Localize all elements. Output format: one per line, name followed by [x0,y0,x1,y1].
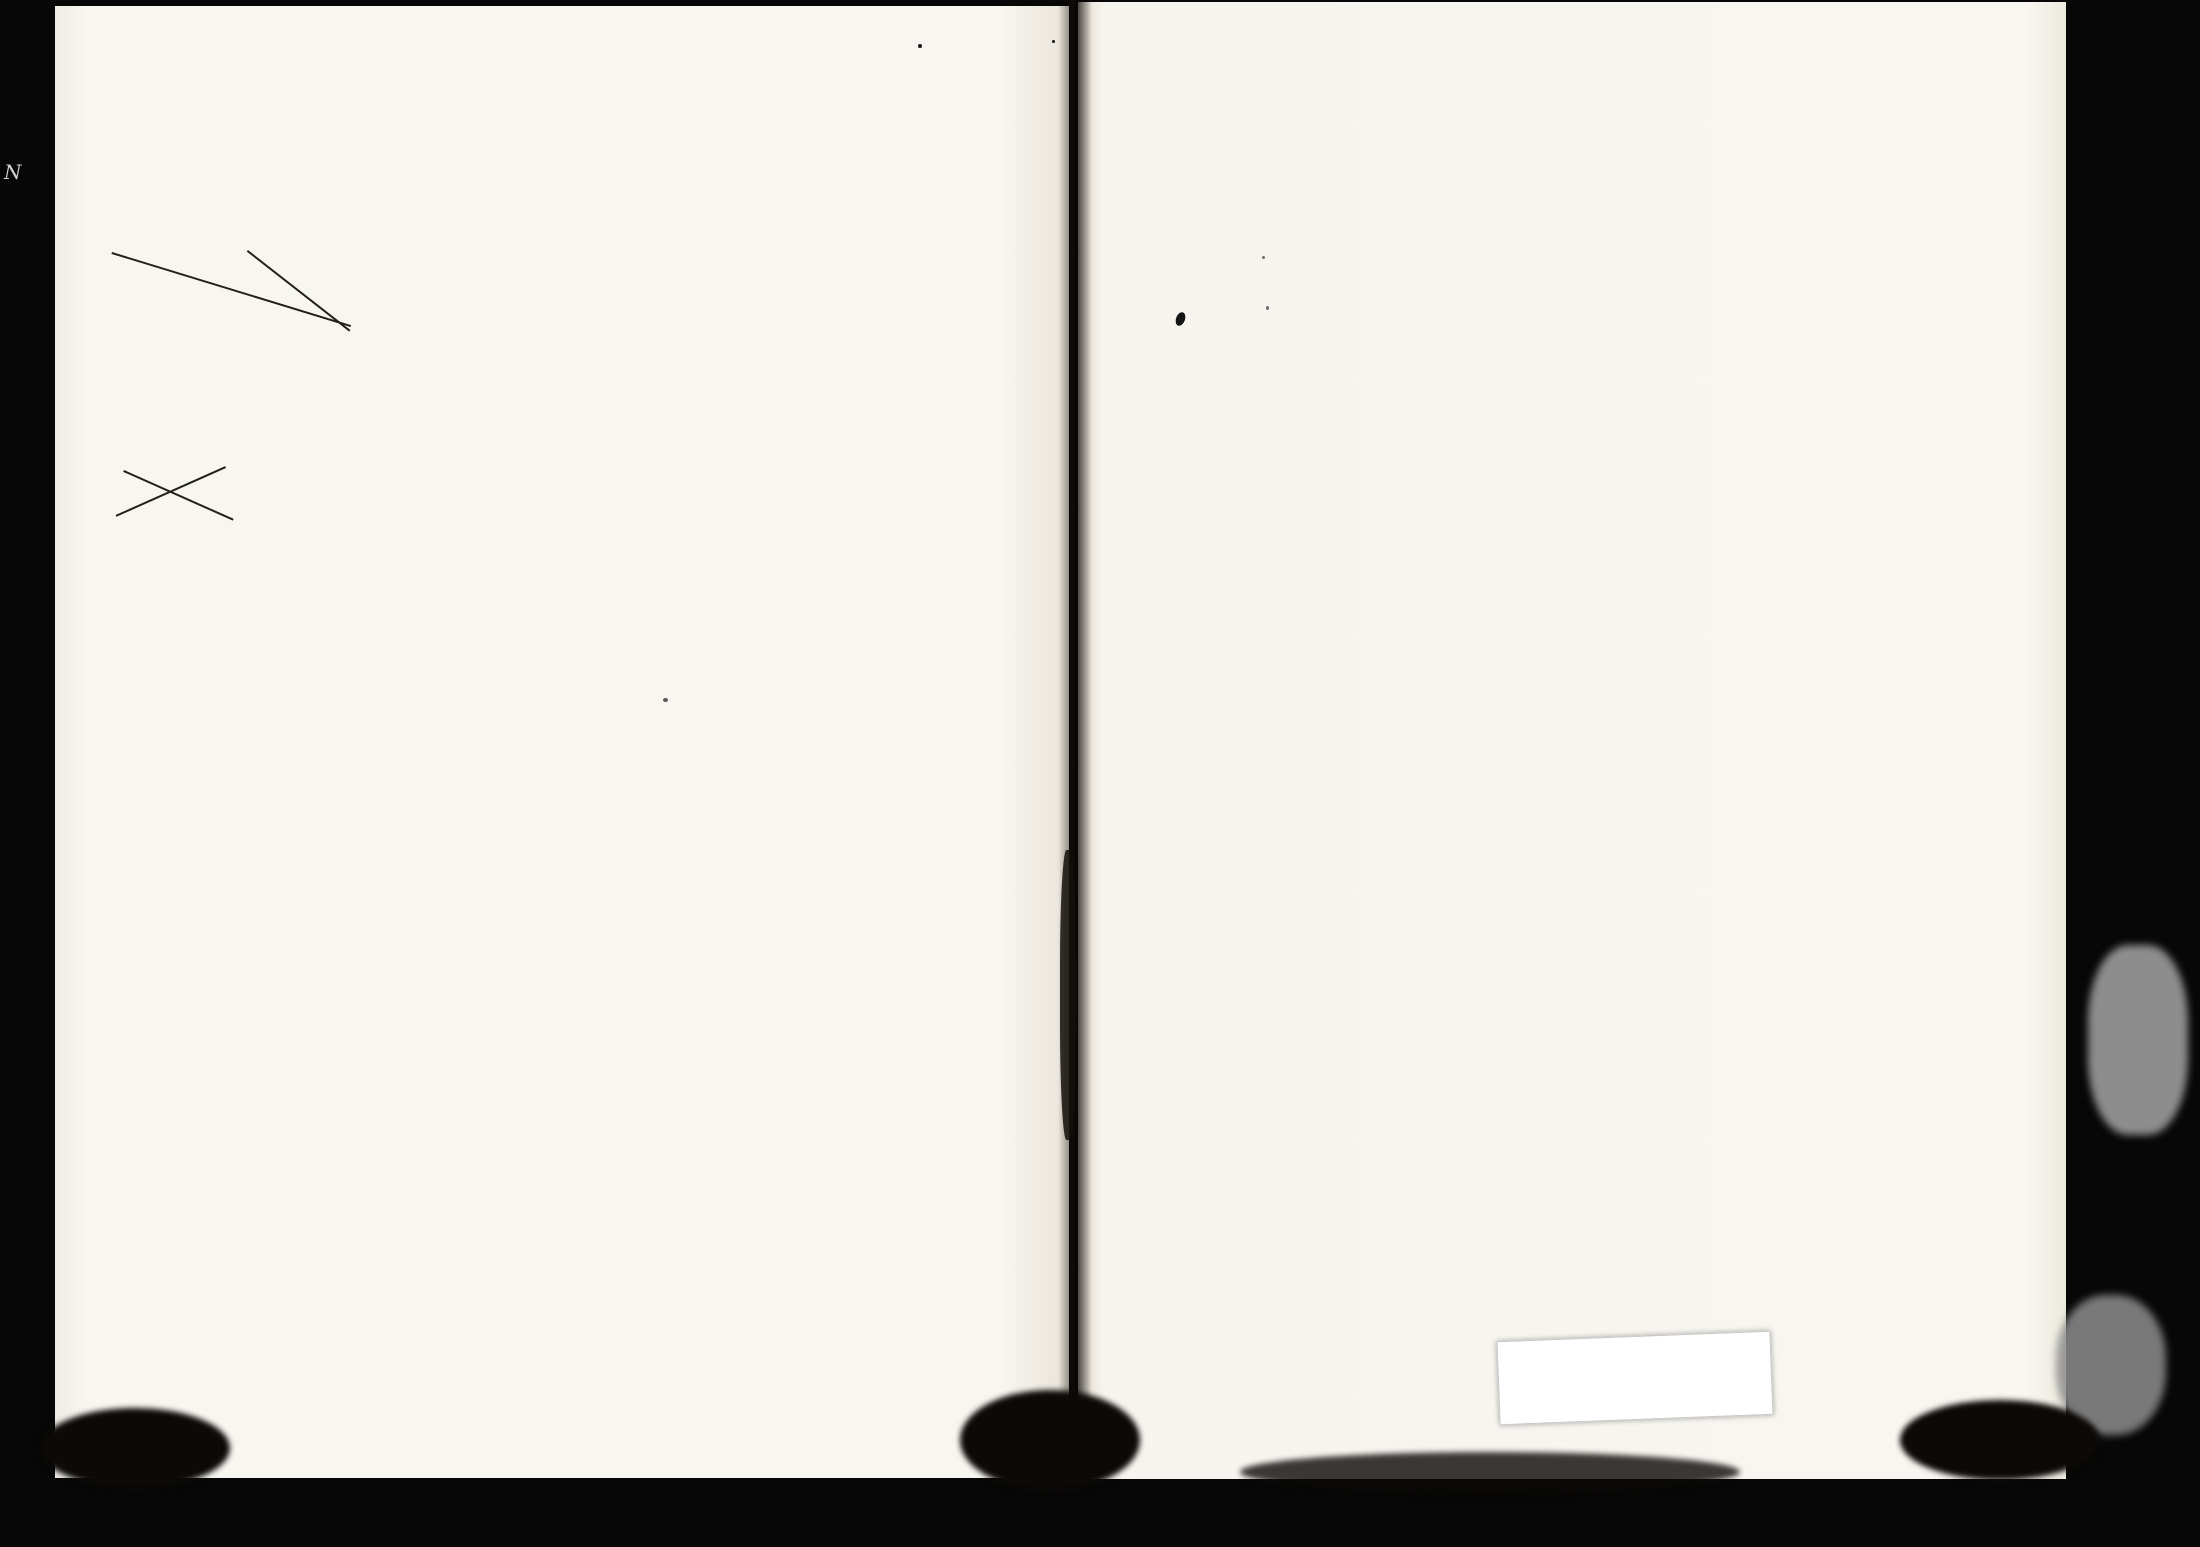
church-record-scan: N [0,0,2200,1547]
ink-speck [1262,256,1265,259]
margin-mark: N [4,160,22,184]
page-corner-shadow [960,1390,1140,1490]
ink-speck [918,44,922,48]
col-missed-exams [744,110,797,214]
col-admitted [797,112,847,212]
fold-shadow [1060,850,1076,1140]
ink-speck [1052,40,1055,43]
col-notes [1560,128,2020,150]
left-page [55,6,1069,1478]
right-page [1078,2,2066,1479]
col-scripture [682,112,713,212]
page-corner-shadow [40,1408,230,1488]
col-vaccination [487,112,514,212]
ink-speck [663,698,668,702]
archive-sticker [1496,1331,1773,1425]
page-edge-shadow [1240,1452,1740,1492]
col-understands [713,112,744,212]
col-abc-book [541,112,568,212]
ink-speck [1266,306,1269,310]
scan-blotch [2088,945,2188,1135]
col-reading [514,112,541,212]
book-fold [1058,0,1092,1480]
col-catechism [570,118,680,136]
page-corner-shadow [1900,1400,2100,1480]
